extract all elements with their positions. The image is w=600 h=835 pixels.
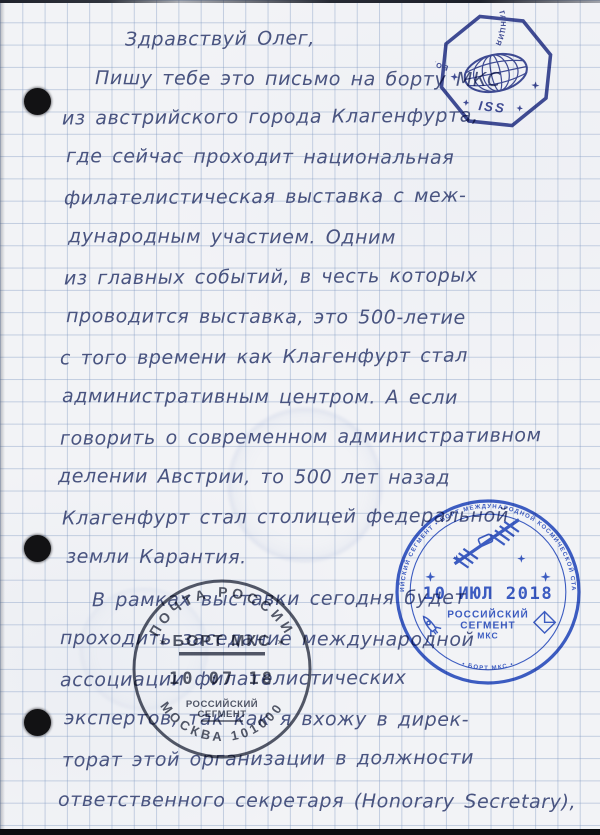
svg-text:ПОЧТА РОССИИ: ПОЧТА РОССИИ <box>146 584 298 639</box>
postmark-top-arc: ПОЧТА РОССИИ <box>146 584 298 639</box>
letter-line: делении Австрии, то 500 лет назад <box>58 465 450 489</box>
letter-line: ответственного секретаря (Honorary Secre… <box>58 789 576 813</box>
iss-octagon-stamp: БОРТ МЕЖДУНАРОДНАЯ КОСМИЧЕСКАЯ СТАНЦИЯ I… <box>429 4 563 138</box>
stamp-ring-text-bottom: • БОРТ МКС • <box>461 661 515 671</box>
star-icon: ✶ <box>158 637 167 649</box>
letter-line: из главных событий, в честь которых <box>64 265 478 290</box>
punch-hole <box>24 88 51 115</box>
scan-edge-left <box>0 0 5 835</box>
stamp-segment-3: МКС <box>477 630 499 640</box>
svg-text:• БОРТ МКС •: • БОРТ МКС • <box>461 661 515 671</box>
scan-edge-top <box>0 0 600 3</box>
letter-line: административным центром. А если <box>62 385 458 409</box>
punch-hole <box>24 709 51 736</box>
letter-line: где сейчас проходит национальная <box>66 145 454 169</box>
postmark-bort-mks: БОРТ МКС <box>172 633 271 650</box>
star-icon <box>425 555 550 582</box>
globe-icon <box>461 49 530 98</box>
letter-line: земли Карантия. <box>66 546 247 569</box>
russian-segment-stamp: РОССИЙСКИЙ СЕГМЕНТ • БОРТ МЕЖДУНАРОДНОЙ … <box>394 498 582 686</box>
envelope-icon <box>534 612 555 633</box>
stamp-segment-1: РОССИЙСКИЙ <box>447 607 529 620</box>
star-icon: ✶ <box>276 637 285 649</box>
letter-line: из австрийского города Клагенфурта, <box>62 105 479 130</box>
letter-line: с того времени как Клагенфурт стал <box>60 345 468 370</box>
scan-edge-bottom <box>0 829 600 835</box>
postmark-segment-2: СЕГМЕНТ <box>198 709 247 720</box>
stamp-date: 10 ИЮЛ 2018 <box>423 584 553 604</box>
letter-page: Здравствуй Олег, Пишу тебе это письмо на… <box>0 0 600 835</box>
letter-line: дународным участием. Одним <box>68 225 396 248</box>
octagon-ring-text: БОРТ МЕЖДУНАРОДНАЯ КОСМИЧЕСКАЯ СТАНЦИЯ <box>429 4 513 79</box>
pochta-rossii-postmark: ПОЧТА РОССИИ ✶ ✶ БОРТ МКС 10 07 18 РОССИ… <box>129 576 315 762</box>
postmark-date: 10 07 18 <box>169 669 275 689</box>
iss-label: ISS <box>478 98 507 116</box>
postmark-divider <box>179 652 265 656</box>
letter-line: говорить о современном административном <box>60 424 542 449</box>
letter-line: филателистическая выставка с меж- <box>64 185 467 210</box>
svg-text:БОРТ МЕЖДУНАРОДНАЯ КОСМИЧЕСКАЯ: БОРТ МЕЖДУНАРОДНАЯ КОСМИЧЕСКАЯ СТАНЦИЯ <box>429 4 513 79</box>
punch-hole <box>24 535 51 562</box>
letter-line: Здравствуй Олег, <box>125 27 315 50</box>
letter-line: проводится выставка, это 500-летие <box>66 305 466 329</box>
iss-silhouette-icon <box>447 516 528 572</box>
